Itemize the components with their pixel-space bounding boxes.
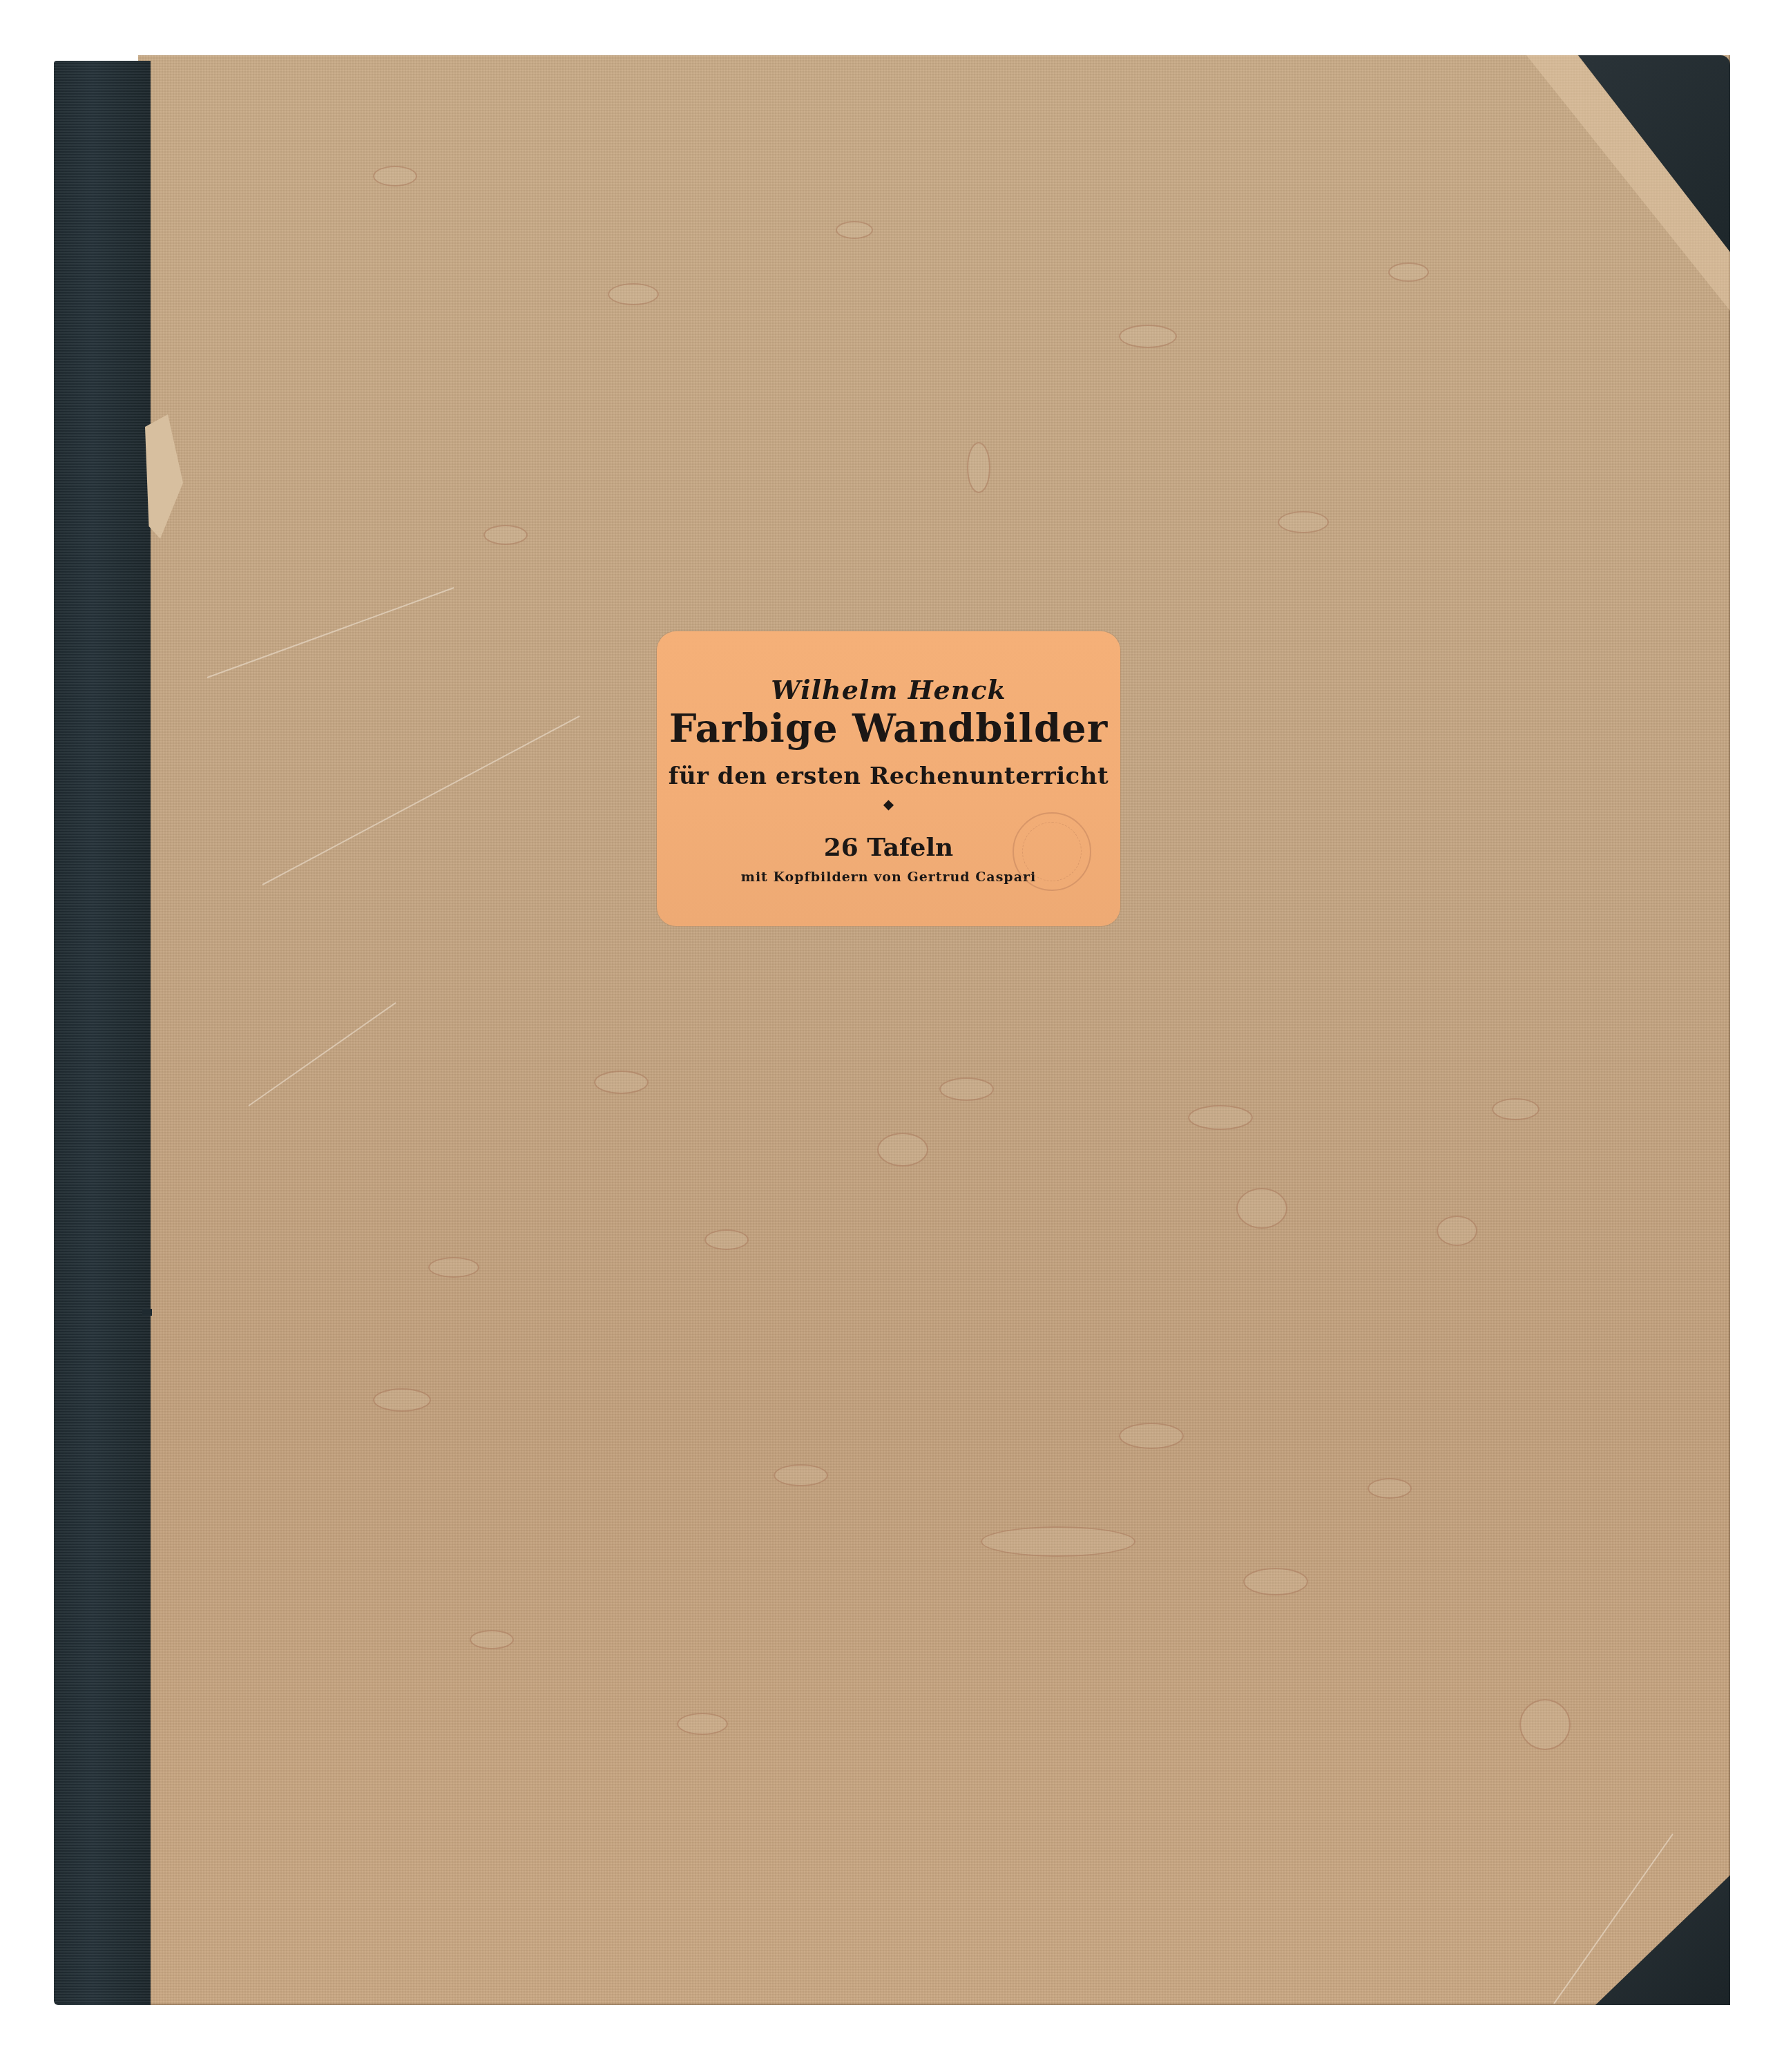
- water-stain: [1368, 1478, 1412, 1499]
- water-stain: [939, 1077, 994, 1101]
- water-stain: [1119, 325, 1177, 348]
- water-stain: [483, 525, 528, 545]
- label-separator: ◆: [657, 796, 1120, 812]
- cover-board: [138, 55, 1730, 2005]
- cloth-spine: [54, 61, 151, 2005]
- water-stain: [470, 1630, 514, 1649]
- water-stain: [677, 1713, 728, 1735]
- water-stain: [373, 1388, 431, 1412]
- water-stain: [981, 1526, 1135, 1557]
- water-stain: [608, 283, 659, 305]
- water-stain: [836, 221, 873, 239]
- water-stain: [1188, 1105, 1253, 1130]
- water-stain: [1388, 262, 1429, 282]
- water-stain: [774, 1464, 828, 1486]
- water-stain: [1492, 1098, 1540, 1120]
- water-stain: [428, 1257, 479, 1278]
- water-stain: [704, 1229, 749, 1250]
- water-stain: [594, 1071, 649, 1094]
- water-stain: [1119, 1423, 1184, 1449]
- library-stamp: [1013, 812, 1091, 891]
- label-author: Wilhelm Henck: [657, 674, 1120, 705]
- photo: Wilhelm Henck Farbige Wandbilder für den…: [0, 0, 1784, 2072]
- water-stain: [373, 166, 417, 186]
- water-stain: [1519, 1699, 1571, 1750]
- label-subtitle: für den ersten Rechenunterricht: [657, 762, 1120, 790]
- water-stain: [877, 1133, 928, 1167]
- water-stain: [1278, 511, 1329, 533]
- water-stain: [1437, 1216, 1477, 1246]
- water-stain: [1243, 1568, 1308, 1595]
- title-label: Wilhelm Henck Farbige Wandbilder für den…: [657, 631, 1120, 926]
- label-title: Farbige Wandbilder: [657, 706, 1120, 751]
- water-stain: [967, 442, 990, 493]
- water-stain: [1236, 1188, 1287, 1229]
- spine-notch: [142, 1309, 152, 1316]
